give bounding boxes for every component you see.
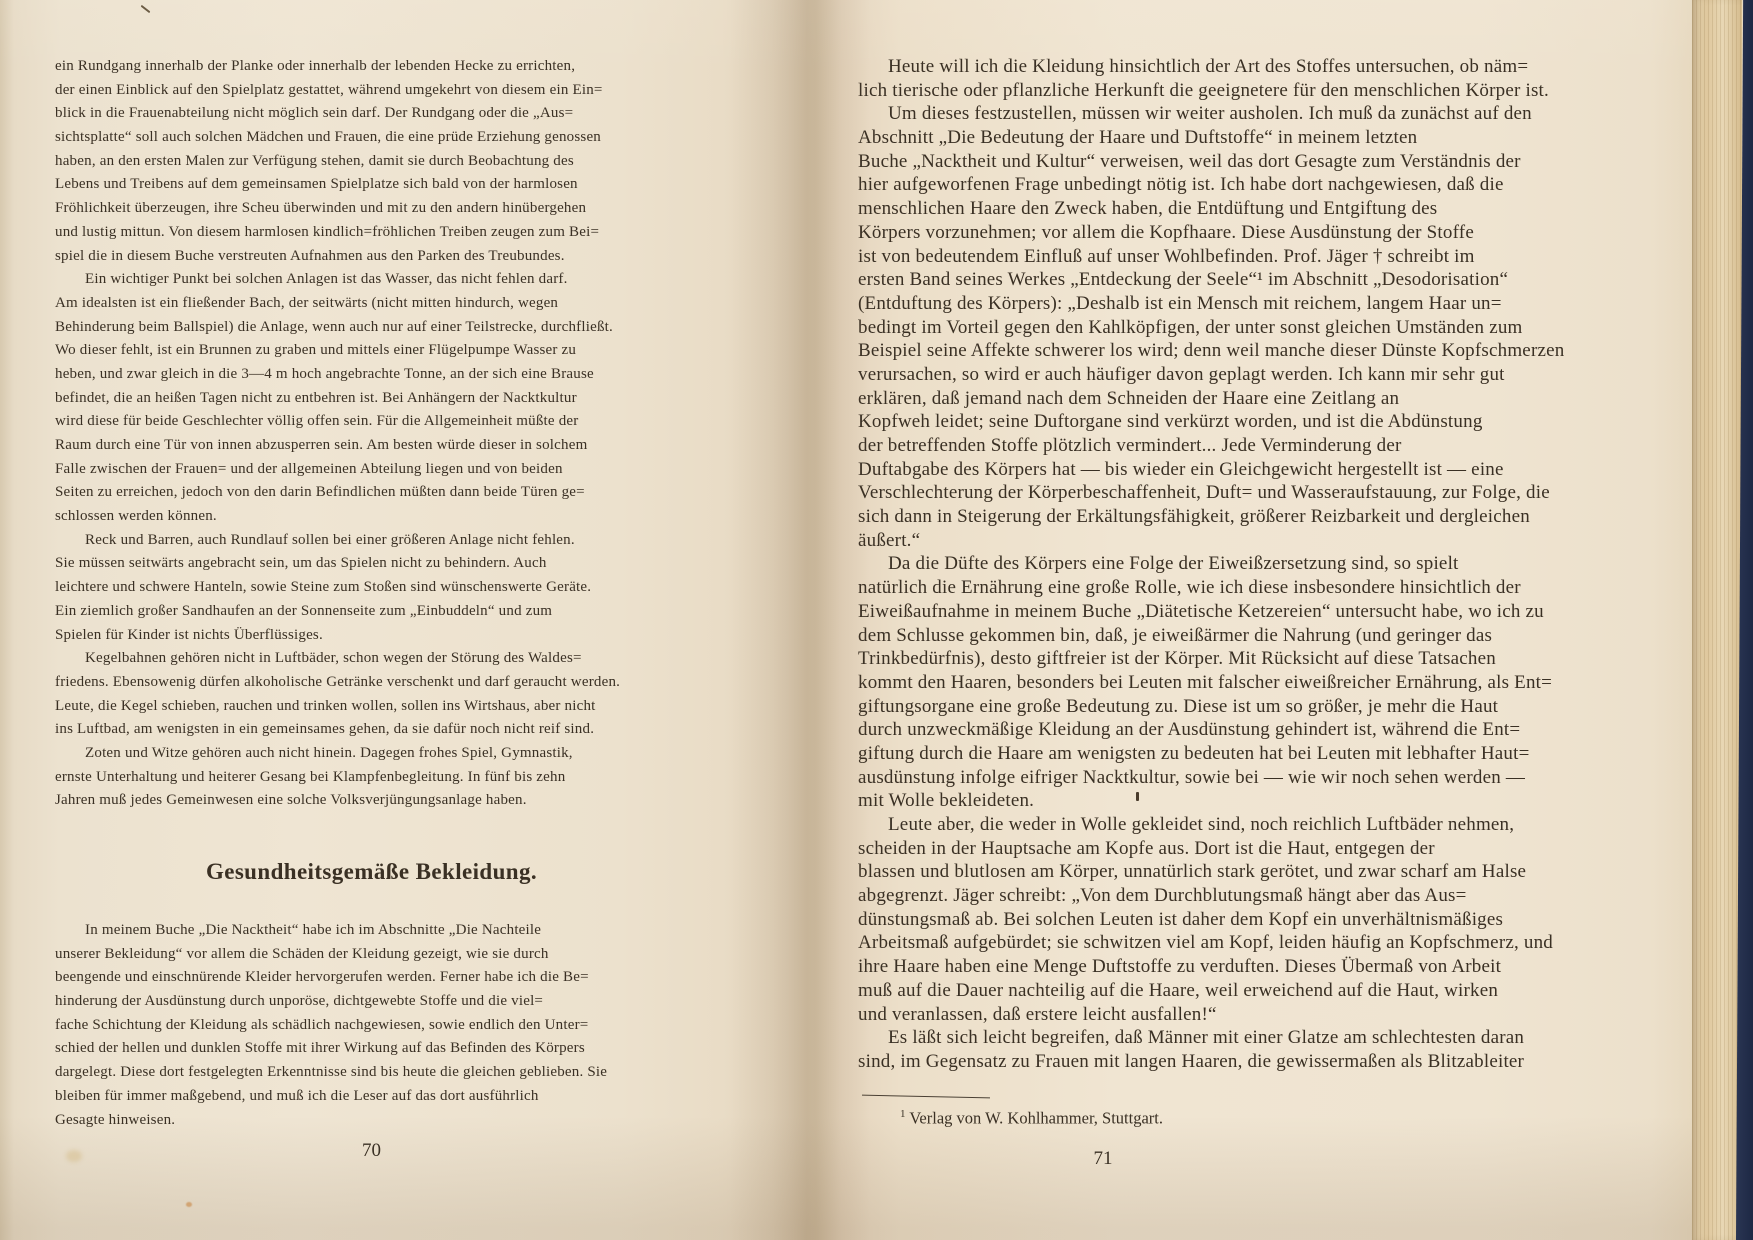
text-line: Spielen für Kinder ist nichts Überflüssi… [55,627,688,651]
text-line: Reck und Barren, auch Rundlauf sollen be… [55,532,688,556]
text-line: blassen und blutlosen am Körper, unnatür… [858,861,1691,885]
paragraph: Ein wichtiger Punkt bei solchen Anlagen … [55,271,688,532]
text-line: friedens. Ebensowenig dürfen alkoholisch… [55,674,688,698]
text-line: wird diese für beide Geschlechter völlig… [55,413,688,437]
text-line: Verschlechterung der Körperbeschaffenhei… [858,482,1691,506]
text-line: Trinkbedürfnis), desto giftfreier ist de… [858,648,1691,672]
paragraph: Um dieses festzustellen, müssen wir weit… [858,103,1691,553]
page-number-left: 70 [55,1140,688,1162]
text-line: haben, an den ersten Malen zur Verfügung… [55,153,688,177]
text-line: Fröhlichkeit überzeugen, ihre Scheu über… [55,200,688,224]
text-line: kommt den Haaren, besonders bei Leuten m… [858,672,1691,696]
paragraph: Heute will ich die Kleidung hinsichtlich… [858,56,1691,103]
text-line: ernste Unterhaltung und heiterer Gesang … [55,769,688,793]
text-line: Duftabgabe des Körpers hat — bis wieder … [858,459,1691,483]
text-line: ins Luftbad, am wenigsten in ein gemeins… [55,721,688,745]
text-line: sich dann in Steigerung der Erkältungsfä… [858,506,1691,530]
text-line: menschlichen Haare den Zweck haben, die … [858,198,1691,222]
text-line: giftungsorgane eine große Bedeutung zu. … [858,696,1691,720]
text-line: spiel die in diesem Buche verstreuten Au… [55,248,688,272]
text-line: der betreffenden Stoffe plötzlich vermin… [858,435,1691,459]
footnote-text: Verlag von W. Kohlhammer, Stuttgart. [909,1109,1163,1128]
footnote: 1 Verlag von W. Kohlhammer, Stuttgart. [900,1108,1163,1129]
page-fore-edge [1692,0,1742,1240]
text-line: Seiten zu erreichen, jedoch von den dari… [55,484,688,508]
section-heading: Gesundheitsgemäße Bekleidung. [55,856,688,888]
text-line: Leute aber, die weder in Wolle gekleidet… [858,814,1691,838]
text-line: dargelegt. Diese dort festgelegten Erken… [55,1064,688,1088]
right-text-block: Heute will ich die Kleidung hinsichtlich… [858,56,1691,1075]
text-line: ersten Band seines Werkes „Entdeckung de… [858,269,1691,293]
text-line: Zoten und Witze gehören auch nicht hinei… [55,745,688,769]
text-line: Buche „Nacktheit und Kultur“ verweisen, … [858,151,1691,175]
text-line: Heute will ich die Kleidung hinsichtlich… [858,56,1691,80]
paragraph: Leute aber, die weder in Wolle gekleidet… [858,814,1691,1027]
text-line: Falle zwischen der Frauen= und der allge… [55,461,688,485]
paragraph: Es läßt sich leicht begreifen, daß Männe… [858,1027,1691,1074]
page-number-right: 71 [1060,1148,1146,1170]
text-line: muß auf die Dauer nachteilig auf die Haa… [858,980,1691,1004]
text-line: Um dieses festzustellen, müssen wir weit… [858,103,1691,127]
text-line: Leute, die Kegel schieben, rauchen und t… [55,698,688,722]
paragraph: Da die Düfte des Körpers eine Folge der … [858,553,1691,814]
text-line: schlossen werden können. [55,508,688,532]
text-line: ihre Haare haben eine Menge Duftstoffe z… [858,956,1691,980]
text-line: giftung durch die Haare am wenigsten zu … [858,743,1691,767]
text-line: mit Wolle bekleideten. [858,790,1691,814]
text-line: Eiweißaufnahme in meinem Buche „Diätetis… [858,601,1691,625]
text-line: und lustig mittun. Von diesem harmlosen … [55,224,688,248]
text-line: (Entduftung des Körpers): „Deshalb ist e… [858,293,1691,317]
text-line: durch unzweckmäßige Kleidung an der Ausd… [858,719,1691,743]
text-line: Jahren muß jedes Gemeinwesen eine solche… [55,792,688,816]
text-line: beengende und einschnürende Kleider herv… [55,969,688,993]
text-line: der einen Einblick auf den Spielplatz ge… [55,82,688,106]
text-line: schied der hellen und dunklen Stoffe mit… [55,1040,688,1064]
paragraph: Zoten und Witze gehören auch nicht hinei… [55,745,688,816]
text-line: hier aufgeworfenen Frage unbedingt nötig… [858,174,1691,198]
text-line: Lebens und Treibens auf dem gemeinsamen … [55,176,688,200]
text-line: blick in die Frauenabteilung nicht mögli… [55,105,688,129]
text-line: fache Schichtung der Kleidung als schädl… [55,1017,688,1041]
text-line: Abschnitt „Die Bedeutung der Haare und D… [858,127,1691,151]
paragraph: Kegelbahnen gehören nicht in Luftbäder, … [55,650,688,745]
text-line: Kegelbahnen gehören nicht in Luftbäder, … [55,650,688,674]
text-line: bedingt im Vorteil gegen den Kahlköpfige… [858,317,1691,341]
text-line: Gesagte hinweisen. [55,1112,688,1136]
text-line: sind, im Gegensatz zu Frauen mit langen … [858,1051,1691,1075]
paragraph: Reck und Barren, auch Rundlauf sollen be… [55,532,688,650]
text-line: Sie müssen seitwärts angebracht sein, um… [55,555,688,579]
text-line: heben, und zwar gleich in die 3—4 m hoch… [55,366,688,390]
footnote-marker: 1 [900,1108,906,1120]
text-line: lich tierische oder pflanzliche Herkunft… [858,80,1691,104]
text-line: Körpers vorzunehmen; vor allem die Kopfh… [858,222,1691,246]
text-line: befindet, die an heißen Tagen nicht zu e… [55,390,688,414]
text-line: Ein ziemlich großer Sandhaufen an der So… [55,603,688,627]
text-line: ausdünstung infolge eifriger Nacktkultur… [858,767,1691,791]
text-line: Arbeitsmaß aufgebürdet; sie schwitzen vi… [858,932,1691,956]
text-line: unserer Bekleidung“ vor allem die Schäde… [55,946,688,970]
paragraph: ein Rundgang innerhalb der Planke oder i… [55,58,688,271]
text-line: äußert.“ [858,530,1691,554]
text-line: dünstungsmaß ab. Bei solchen Leuten ist … [858,909,1691,933]
text-line: Da die Düfte des Körpers eine Folge der … [858,553,1691,577]
text-line: leichtere und schwere Hanteln, sowie Ste… [55,579,688,603]
text-line: Beispiel seine Affekte schwerer los wird… [858,340,1691,364]
text-line: In meinem Buche „Die Nacktheit“ habe ich… [55,922,688,946]
text-line: ist von bedeutendem Einfluß auf unser Wo… [858,246,1691,270]
text-line: Wo dieser fehlt, ist ein Brunnen zu grab… [55,342,688,366]
text-line: dem Schlusse gekommen bin, daß, je eiwei… [858,625,1691,649]
left-text-block: ein Rundgang innerhalb der Planke oder i… [55,58,688,1135]
text-line: scheiden in der Hauptsache am Kopfe aus.… [858,838,1691,862]
text-line: Raum durch eine Tür von innen abzusperre… [55,437,688,461]
text-line: sichtsplatte“ soll auch solchen Mädchen … [55,129,688,153]
text-line: ein Rundgang innerhalb der Planke oder i… [55,58,688,82]
text-line: verursachen, so wird er auch häufiger da… [858,364,1691,388]
text-line: erklären, daß jemand nach dem Schneiden … [858,388,1691,412]
text-line: Behinderung beim Ballspiel) die Anlage, … [55,319,688,343]
text-line: hinderung der Ausdünstung durch unporöse… [55,993,688,1017]
text-line: abgegrenzt. Jäger schreibt: „Von dem Dur… [858,885,1691,909]
text-line: und veranlassen, daß erstere leicht ausf… [858,1004,1691,1028]
text-line: Am idealsten ist ein fließender Bach, de… [55,295,688,319]
text-line: bleiben für immer maßgebend, und muß ich… [55,1088,688,1112]
book-spread: ein Rundgang innerhalb der Planke oder i… [0,0,1753,1240]
text-line: Ein wichtiger Punkt bei solchen Anlagen … [55,271,688,295]
text-line: natürlich die Ernährung eine große Rolle… [858,577,1691,601]
text-line: Es läßt sich leicht begreifen, daß Männe… [858,1027,1691,1051]
text-line: Kopfweh leidet; seine Duftorgane sind ve… [858,411,1691,435]
paragraph: In meinem Buche „Die Nacktheit“ habe ich… [55,922,688,1135]
